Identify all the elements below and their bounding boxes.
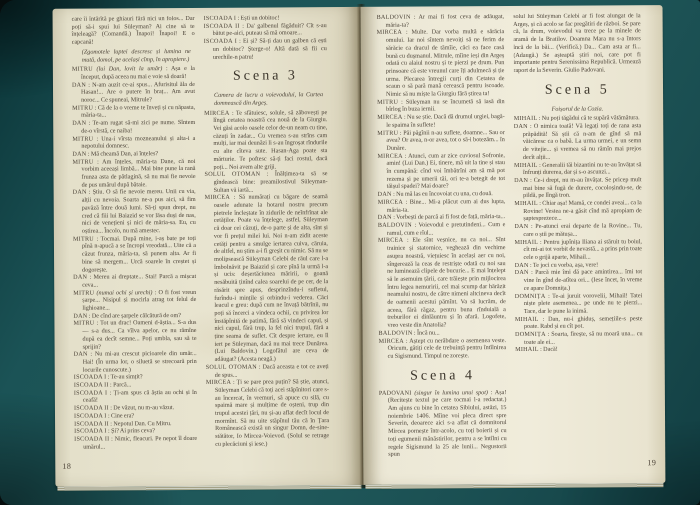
speaker-name: DAN <box>378 215 392 221</box>
speaker-name: ISCOADA I <box>74 413 107 419</box>
dialogue-line: MIRCEA : Ți se pare prea puțin? Să știe,… <box>206 379 329 449</box>
speaker-name: ISCOADA I <box>74 390 108 396</box>
dialogue-line: MITRU : Că de la o vreme te înveți și cu… <box>72 105 195 121</box>
speaker-name: MITRU <box>73 290 94 296</box>
scene-heading: Scena 5 <box>513 82 641 99</box>
speaker-name: MITRU <box>72 67 93 73</box>
page-left-content: care îi întărîtă pe ghiauri fără nici un… <box>72 15 330 469</box>
page-number-19: 19 <box>647 458 656 467</box>
speaker-name: MIHAIL <box>515 316 539 322</box>
speaker-name: SOLUL OTOMAN <box>206 364 257 370</box>
dialogue-line: MITRU : Tot un drac! Oameni d-ăștia... S… <box>73 320 196 352</box>
dialogue-line: ISCOADA II : Da' galbenul făgăduit? Cît … <box>204 23 327 39</box>
dialogue-line: MITRU : Tocmai. După mine, i-aș bate pe … <box>73 236 196 275</box>
dialogue-line: DAN : Mereu ai dreptate... Stai! Parcă a… <box>73 274 196 290</box>
speaker-name: MIHAIL <box>515 347 539 353</box>
dialogue-line: MIHAIL : Pentru jupînița Iliana ai stăru… <box>514 239 642 263</box>
book-spread: care îi întărîtă pe ghiauri fără nici un… <box>7 2 694 498</box>
dialogue-line: DAN : O nimica toată! Vă legați toți de … <box>514 123 642 162</box>
dialogue-line: MIRCEA : Bine... Mi-a plăcut cum ai dus … <box>378 199 506 215</box>
inline-stage-direction: (singur în lumina unui spot) <box>412 390 488 396</box>
speaker-name: MIRCEA <box>204 110 229 116</box>
page-right: BALDOVIN : Ar mai fi fost ceva de adăuga… <box>361 5 666 485</box>
page-left: care îi întărîtă pe ghiauri fără nici un… <box>53 7 364 487</box>
speaker-name: ISCOADA I <box>74 429 107 435</box>
speaker-name: DAN <box>378 192 392 198</box>
speaker-name: DAN <box>515 270 529 276</box>
speaker-name: DAN <box>514 178 528 184</box>
speaker-name: DAN <box>73 190 87 196</box>
speaker-name: BALDOVIN <box>378 223 412 229</box>
page-right-content: BALDOVIN : Ar mai fi fost ceva de adăuga… <box>377 13 644 467</box>
stage-direction: Foișorul de la Cozia. <box>514 104 642 116</box>
dialogue-line: MIHAIL : Generalii tăi bizantini nu te-a… <box>514 162 642 178</box>
page-left-column-2: ISCOADA I : Ești un dobitoc!ISCOADA II :… <box>204 15 330 468</box>
dialogue-line: BALDOVIN : Voievodul e pretutindeni... C… <box>378 222 506 238</box>
speaker-name: MITRU <box>73 321 94 327</box>
inline-stage-direction: (numai ochi și urechi) <box>94 290 152 296</box>
speaker-name: DAN <box>514 224 528 230</box>
dialogue-line: MIRCEA : Să numărați cu băgare de seamă … <box>205 194 329 364</box>
speaker-name: DOMNIȚA <box>515 332 546 338</box>
dialogue-line: MITRU : Süleyman nu se încumetă să iasă … <box>377 99 505 115</box>
speaker-name: BALDOVIN <box>377 15 411 21</box>
dialogue-line: BALDOVIN : Ar mai fi fost ceva de adăuga… <box>377 14 505 30</box>
dialogue-line: MIHAIL : Dacă! <box>515 347 643 355</box>
speaker-name: MIRCEA <box>205 195 230 201</box>
speaker-name: MITRU <box>73 236 94 242</box>
dialogue-line: DAN : Nu mi-au crescut picioarele din um… <box>74 351 197 375</box>
dialogue-line: MITRU : Am înțeles, măria-ta Dane, că no… <box>72 159 195 191</box>
speaker-name: ISCOADA II <box>74 421 109 427</box>
page-number-18: 18 <box>62 462 71 471</box>
speaker-name: MIHAIL <box>514 162 538 168</box>
speaker-name: DAN <box>72 152 86 158</box>
speaker-name: ISCOADA II <box>204 23 240 29</box>
speaker-name: BALDOVIN <box>378 330 412 336</box>
speaker-name: MITRU <box>72 105 93 111</box>
dialogue-line: MIRCEA : Aștept cu nerăbdare o asemenea … <box>379 338 507 362</box>
dialogue-line: MIRCEA : Te sfătuiesc, solule, să zăbove… <box>204 110 327 172</box>
dialogue-line: SOLUL OTOMAN : Înălțimea-ta să se gîndea… <box>205 171 328 195</box>
speaker-name: MIHAIL <box>514 116 538 122</box>
speaker-name: DAN <box>72 82 86 88</box>
speaker-name: MITRU <box>72 159 93 165</box>
dialogue-line: PADOVANI (singur în lumina unui spot) : … <box>379 390 507 460</box>
dialogue-line: DAN : Ce-i drept, nu m-au învățat. Se pr… <box>514 177 642 201</box>
speaker-name: MIRCEA <box>379 338 404 344</box>
dialogue-line: DAN : N-am auzit ce-ai spus... Afurisitu… <box>72 82 195 106</box>
speaker-name: ISCOADA II <box>74 406 109 412</box>
speaker-name: DAN <box>73 313 87 319</box>
speaker-name: PADOVANI <box>379 390 412 396</box>
dialogue-line: ISCOADA II : Nimic, fleacuri. Pe nepot î… <box>74 436 197 452</box>
speaker-name: SOLUL OTOMAN <box>205 172 261 178</box>
dialogue-line: DAN : Te-am rugat să-mi zici pe nume. Sî… <box>72 120 195 136</box>
dialogue-line: DAN : Pe-atunci erai departe de la Rovin… <box>514 223 642 239</box>
speaker-name: DAN <box>74 352 88 358</box>
page-left-column-1: care îi întărîtă pe ghiauri fără nici un… <box>72 16 198 469</box>
inline-stage-direction: (lui Dan, lovit la umăr) <box>93 66 162 72</box>
continuation-paragraph: solul lui Süleyman Celebi ar fi fost alu… <box>513 13 641 75</box>
dialogue-line: MIRCEA : Nu se știe. Dacă dă drumul urgi… <box>377 114 505 130</box>
speaker-name: ISCOADA II <box>74 383 109 389</box>
dialogue-line: DOMNIȚA : Soarta, firește, să nu moară u… <box>515 331 643 347</box>
dialogue-line: MIHAIL : Chiar așa! Mamă, ce condei avea… <box>514 200 642 224</box>
speaker-name: MIHAIL <box>514 201 538 207</box>
speaker-name: DOMNIȚA <box>515 293 546 299</box>
speaker-name: DAN <box>515 263 529 269</box>
stage-direction: Camera de lucru a voievodului, la Curtea… <box>204 90 327 110</box>
dialogue-line: DOMNIȚA : Te-ai juruit vorovelii, Mihail… <box>515 293 643 317</box>
page-right-column-2: solul lui Süleyman Celebi ar fi fost alu… <box>513 13 643 466</box>
dialogue-line: SOLUL OTOMAN : Dacă aceasta e tot ce ave… <box>206 364 329 380</box>
continuation-paragraph: care îi întărîtă pe ghiauri fără nici un… <box>72 16 195 48</box>
dialogue-line: MIRCEA : Atunci, cum ar zice cuviosul So… <box>377 153 505 192</box>
page-right-column-1: BALDOVIN : Ar mai fi fost ceva de adăuga… <box>377 14 507 467</box>
speaker-name: MITRU <box>72 136 93 142</box>
speaker-name: MIRCEA <box>206 380 231 386</box>
speaker-name: MIRCEA <box>377 115 402 121</box>
dialogue-line: MITRU : Păi păgînii n-au suflete, doamne… <box>377 130 505 154</box>
scene-heading: Scena 3 <box>204 68 327 85</box>
speaker-name: DAN <box>72 121 86 127</box>
speaker-name: MITRU <box>377 130 398 136</box>
speaker-name: MIHAIL <box>514 239 538 245</box>
dialogue-line: MITRU : Una-i vîrsta mozneanului și alta… <box>72 135 195 151</box>
speaker-name: MIRCEA <box>377 153 402 159</box>
speaker-name: DAN <box>514 124 528 130</box>
speaker-name: MIRCEA <box>378 200 403 206</box>
speaker-name: ISCOADA I <box>204 16 237 22</box>
dialogue-line: DAN : Parcă mie îmi dă pace amintirea...… <box>515 270 643 294</box>
dialogue-line: MIRCEA : Multe. Dar vorba multă e sărăci… <box>377 29 505 99</box>
speaker-name: MIRCEA <box>378 238 403 244</box>
speaker-name: ISCOADA II <box>74 436 109 442</box>
speaker-name: MIRCEA <box>377 30 402 36</box>
dialogue-line: MITRU (numai ochi și urechi) : O fi fost… <box>73 290 196 314</box>
dialogue-line: ISCOADA I : Ei și? Să-ți dau un galben c… <box>204 38 327 62</box>
dialogue-line: MIRCEA : Ele sînt veșnice, nu ca noi... … <box>378 237 506 330</box>
stage-direction: (Zgomotele luptei descresc și lumina ne … <box>72 47 195 67</box>
speaker-name: DAN <box>73 275 87 281</box>
speaker-name: ISCOADA I <box>204 39 237 45</box>
speaker-name: ISCOADA I <box>74 375 107 381</box>
dialogue-line: DAN : Știu. O să fie nevoie mereu. Unii … <box>73 189 196 236</box>
dialogue-line: ISCOADA I : Ți-am spus că ăștia au ochi … <box>74 390 197 406</box>
speaker-name: MITRU <box>377 99 398 105</box>
scene-heading: Scena 4 <box>379 368 507 385</box>
dialogue-line: MIHAIL : Dan, nu-i ghiduș, semețiile-s p… <box>515 316 643 332</box>
dialogue-line: MITRU (lui Dan, lovit la umăr) : Așa e l… <box>72 66 195 82</box>
